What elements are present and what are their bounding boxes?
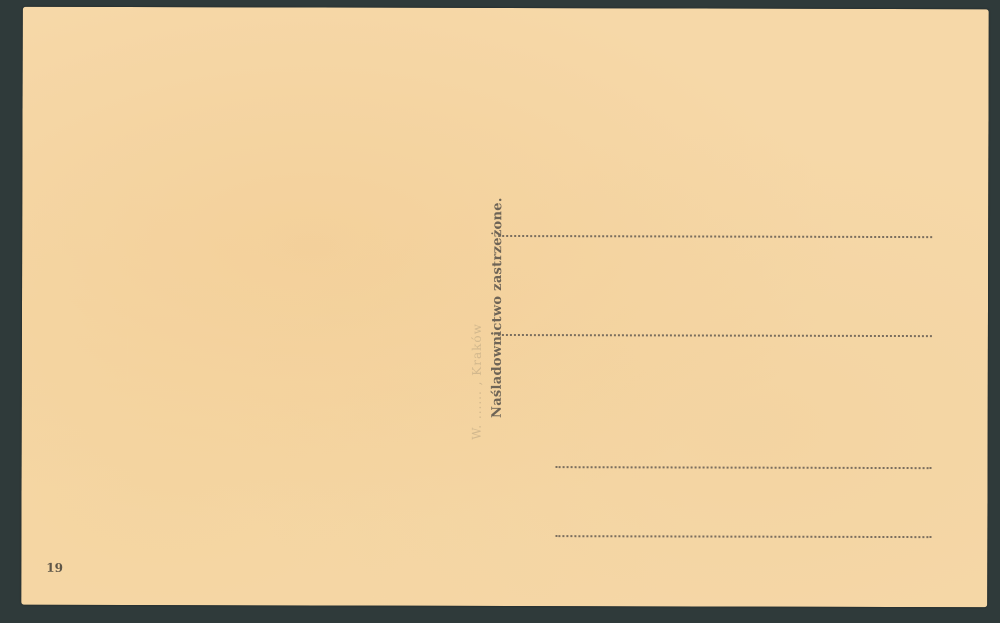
faded-publisher-text: W. ...... , Kraków (470, 323, 484, 440)
postcard-back: W. ...... , Kraków Naśladownictwo zastrz… (21, 7, 989, 608)
copyright-notice: Naśladownictwo zastrzeżone. (490, 197, 506, 418)
address-line-1 (498, 235, 932, 238)
card-number: 19 (46, 561, 63, 575)
address-line-3 (556, 466, 932, 469)
address-line-4 (555, 535, 931, 538)
address-line-2 (498, 334, 932, 337)
